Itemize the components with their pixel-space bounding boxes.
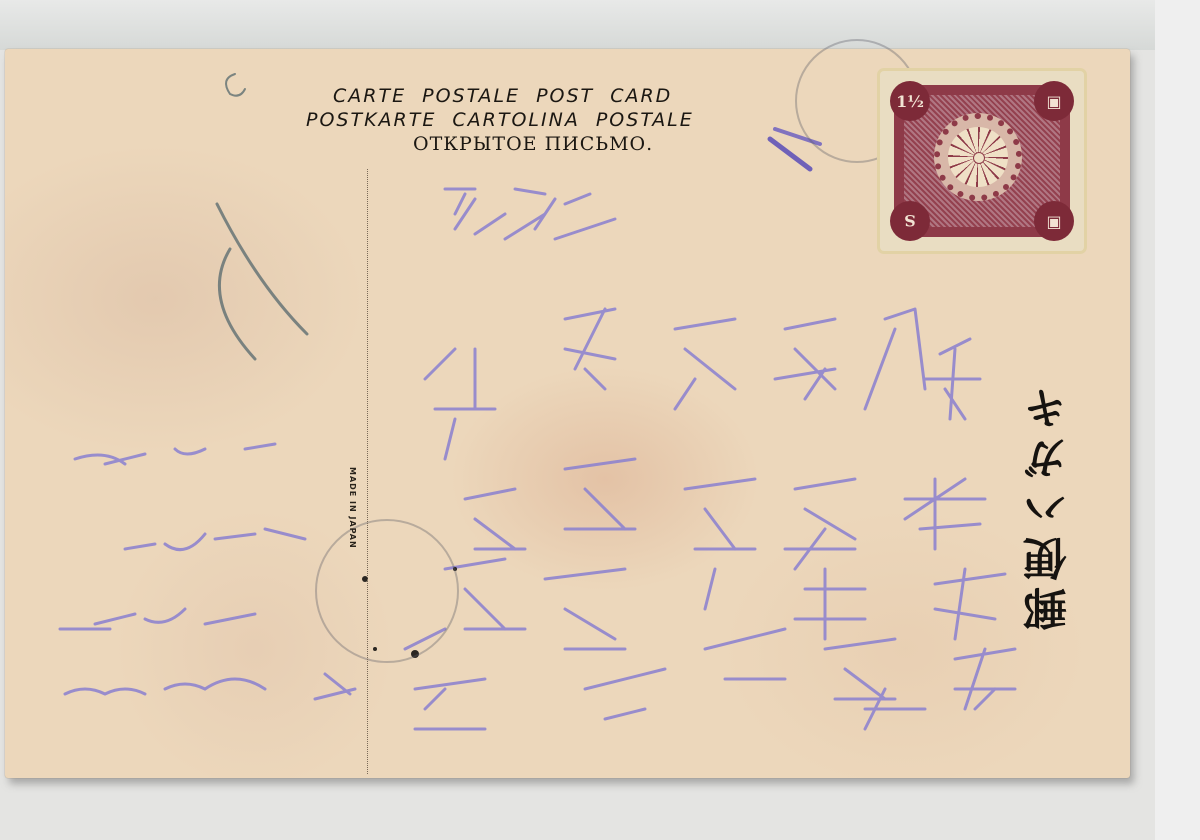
postmark xyxy=(315,519,459,663)
postcard-label-japanese: 郵便ハガキ xyxy=(1018,381,1082,631)
chrysanthemum-icon xyxy=(934,113,1022,201)
stamp-frame: 1½ S ▣ ▣ xyxy=(894,85,1070,237)
address-divider xyxy=(367,169,368,774)
chrysanthemum-seal xyxy=(948,127,1008,187)
postage-stamp: 1½ S ▣ ▣ xyxy=(880,71,1084,251)
stamp-denomination: 1½ xyxy=(890,81,930,121)
stamp-corner-ornament: ▣ xyxy=(1034,201,1074,241)
made-in-japan-label: MADE IN JAPAN xyxy=(348,467,357,549)
postcard: CARTE POSTALE POST CARD POSTKARTE CARTOL… xyxy=(5,49,1130,778)
stamp-corner-ornament: ▣ xyxy=(1034,81,1074,121)
stamp-denomination-corner: S xyxy=(890,201,930,241)
scan-background-top xyxy=(0,0,1155,50)
